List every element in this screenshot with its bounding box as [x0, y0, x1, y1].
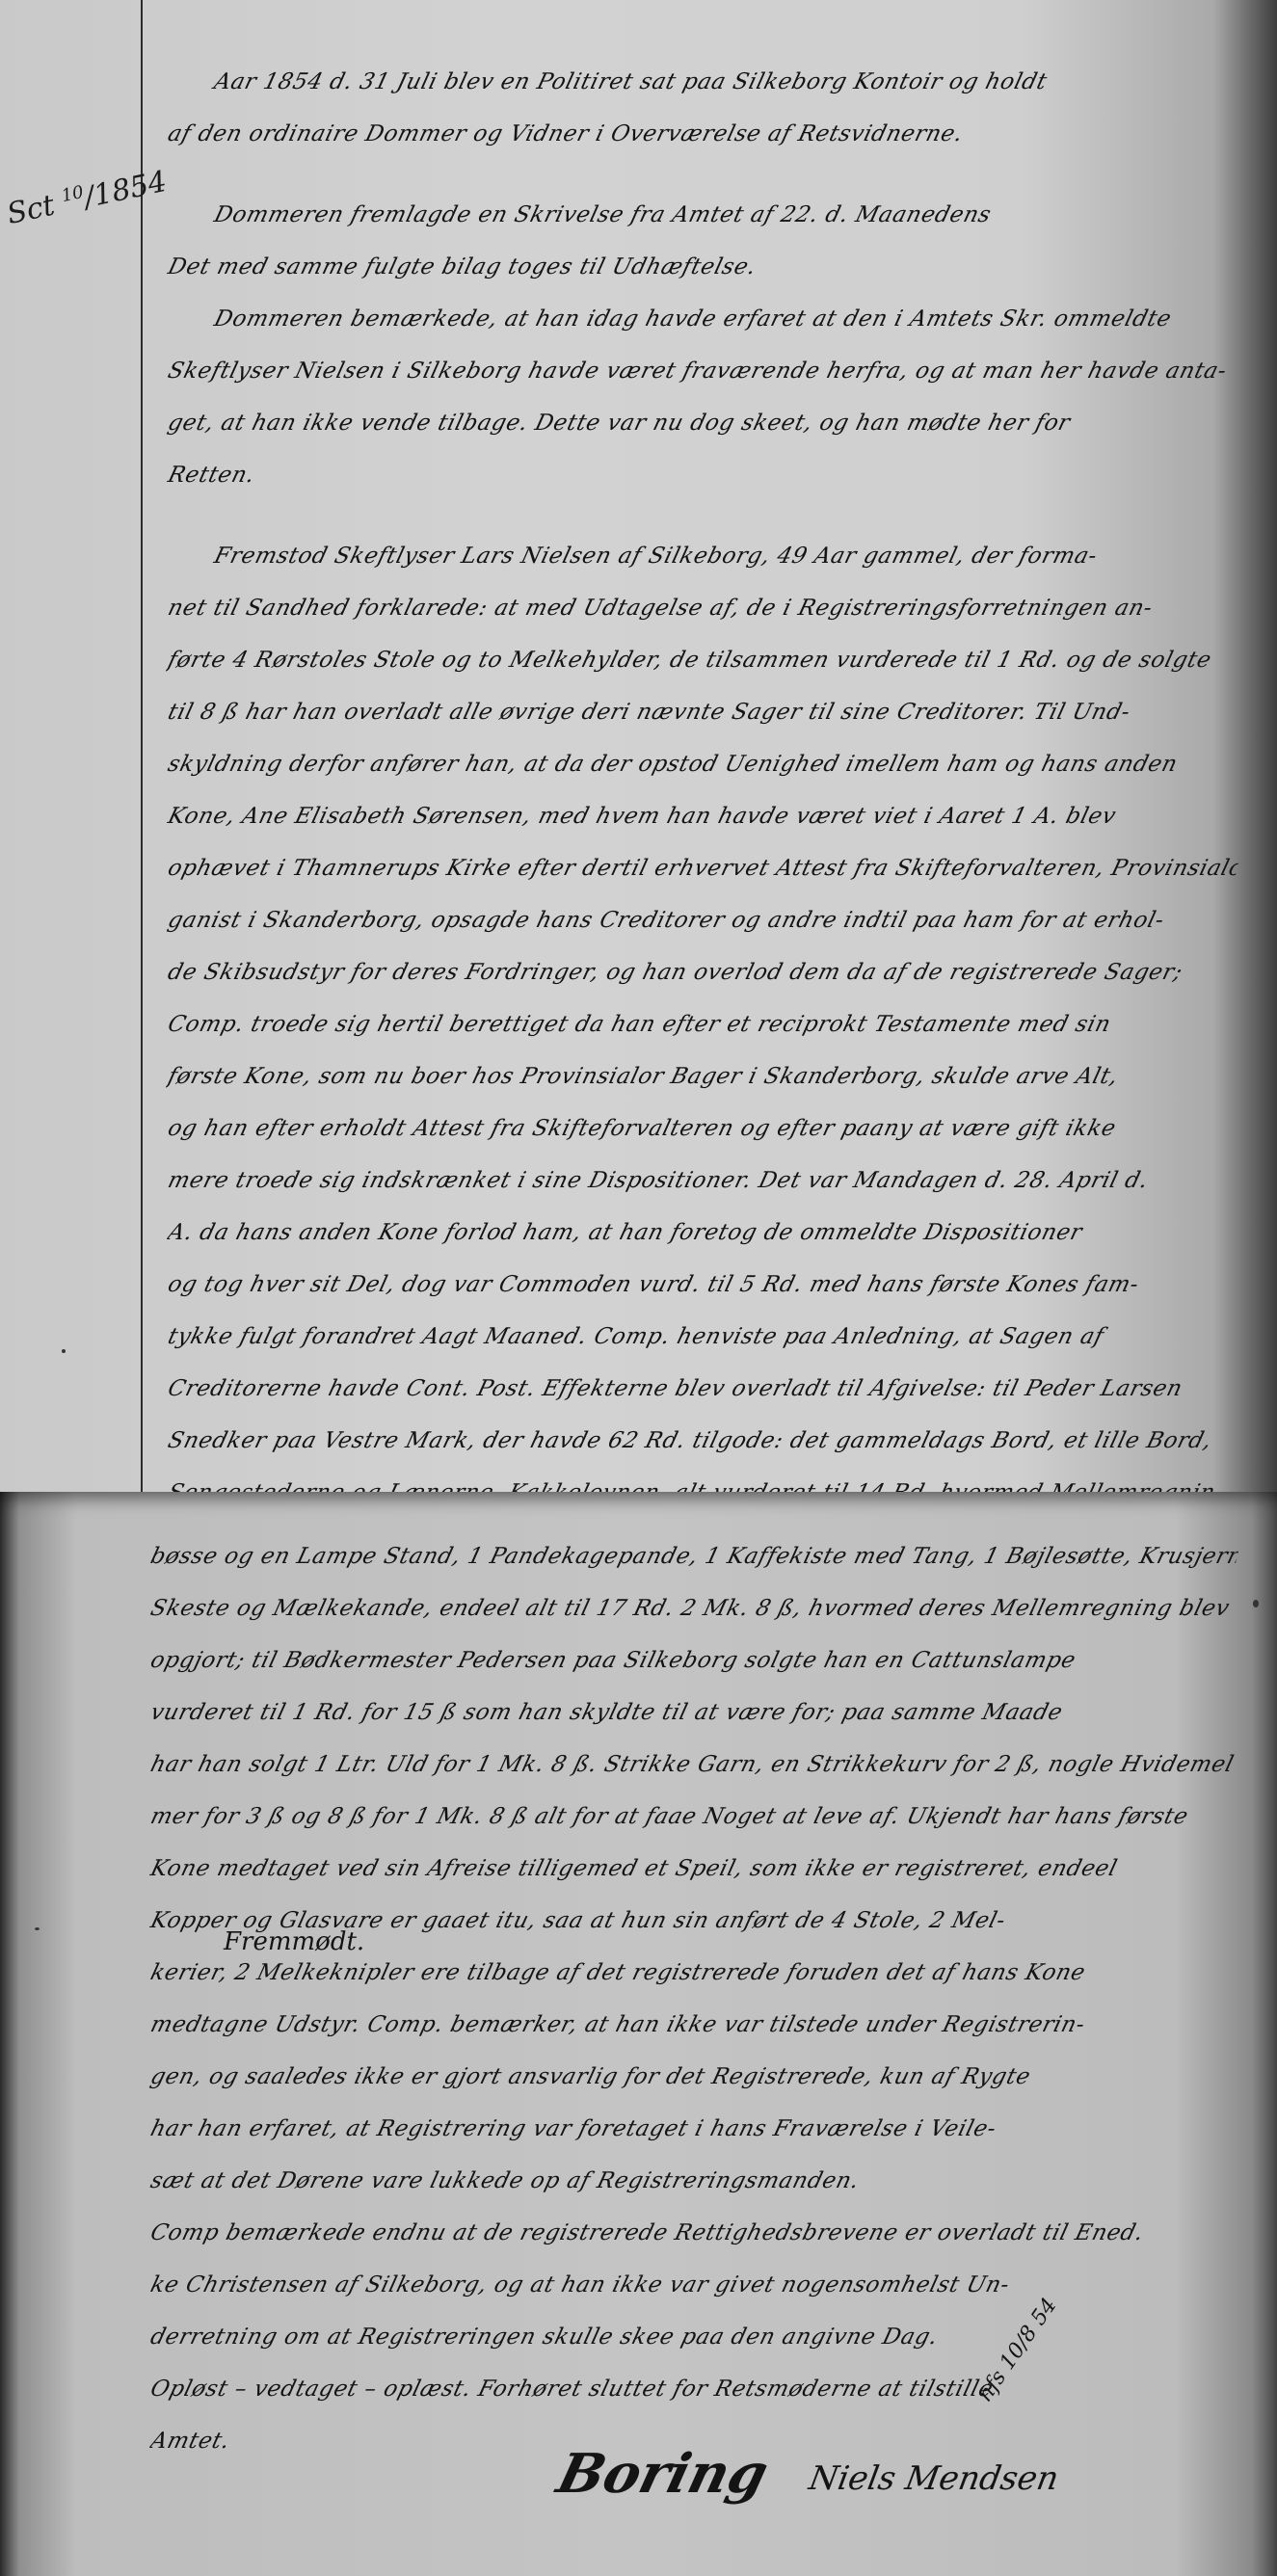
scan-speck	[62, 1349, 66, 1353]
text-line: derretning om at Registreringen skulle s…	[145, 2311, 1243, 2363]
text-line: Fremstod Skeftlyser Lars Nielsen af Silk…	[162, 530, 1243, 582]
text-line: opgjort; til Bødkermester Pedersen paa S…	[145, 1634, 1243, 1686]
text-line: Retten.	[162, 449, 1243, 501]
text-line: Aar 1854 d. 31 Juli blev en Politiret sa…	[162, 56, 1243, 108]
text-line: Snedker paa Vestre Mark, der havde 62 Rd…	[162, 1415, 1243, 1467]
text-line: til 8 ß har han overladt alle øvrige der…	[162, 686, 1243, 738]
signature-second: Niels Mendsen	[806, 2459, 1061, 2498]
record-page-bottom: bøsse og en Lampe Stand, 1 Pandekagepand…	[0, 1492, 1277, 2576]
margin-date-note: Sct 10/1854	[4, 165, 170, 231]
margin-note-prefix: Sct	[4, 189, 58, 232]
scan-speck	[35, 1927, 40, 1930]
text-line: medtagne Udstyr. Comp. bemærker, at han …	[145, 1999, 1243, 2051]
text-line: Kone, Ane Elisabeth Sørensen, med hvem h…	[162, 790, 1243, 842]
text-line: Sengestederne og Lænerne, Kakkelovnen, a…	[162, 1467, 1243, 1492]
text-line: Skeste og Mælkekande, endeel alt til 17 …	[145, 1582, 1243, 1634]
text-line: Det med samme fulgte bilag toges til Udh…	[162, 241, 1243, 293]
text-line: mere troede sig indskrænket i sine Dispo…	[162, 1155, 1243, 1207]
text-line: og tog hver sit Del, dog var Commoden vu…	[162, 1259, 1243, 1311]
top-text-block: Aar 1854 d. 31 Juli blev en Politiret sa…	[162, 56, 1231, 1492]
text-line: get, at han ikke vende tilbage. Dette va…	[162, 397, 1243, 449]
text-line: ophævet i Thamnerups Kirke efter dertil …	[162, 842, 1243, 894]
signature-judge: Boring	[551, 2442, 775, 2506]
margin-rule	[141, 0, 143, 1492]
text-line: gen, og saaledes ikke er gjort ansvarlig…	[145, 2051, 1243, 2103]
text-line: af den ordinaire Dommer og Vidner i Over…	[162, 108, 1243, 160]
text-line: sæt at det Dørene vare lukkede op af Reg…	[145, 2155, 1243, 2207]
text-line: Comp. troede sig hertil berettiget da ha…	[162, 998, 1243, 1050]
margin-note-day: 10	[60, 182, 86, 206]
text-line: Opløst – vedtaget – oplæst. Forhøret slu…	[145, 2363, 1243, 2415]
scan-speck	[1253, 1600, 1259, 1607]
text-line: de Skibsudstyr for deres Fordringer, og …	[162, 946, 1243, 998]
text-line: og han efter erholdt Attest fra Skiftefo…	[162, 1102, 1243, 1155]
text-line: A. da hans anden Kone forlod ham, at han…	[162, 1207, 1243, 1259]
text-line: Dommeren bemærkede, at han idag havde er…	[162, 293, 1243, 345]
text-line: mer for 3 ß og 8 ß for 1 Mk. 8 ß alt for…	[145, 1791, 1243, 1843]
bottom-text-block: bøsse og en Lampe Stand, 1 Pandekagepand…	[145, 1530, 1231, 2467]
record-page-top: Sct 10/1854 Aar 1854 d. 31 Juli blev en …	[0, 0, 1277, 1492]
text-line: vurderet til 1 Rd. for 15 ß som han skyl…	[145, 1686, 1243, 1739]
text-line: første Kone, som nu boer hos Provinsialo…	[162, 1050, 1243, 1102]
text-line: ke Christensen af Silkeborg, og at han i…	[145, 2259, 1243, 2311]
text-line: Comp bemærkede endnu at de registrerede …	[145, 2207, 1243, 2259]
closing-word: Fremmødt.	[224, 1927, 364, 1956]
text-line: ganist i Skanderborg, opsagde hans Credi…	[162, 894, 1243, 946]
text-line: Kone medtaget ved sin Afreise tilligemed…	[145, 1843, 1243, 1895]
text-line: Creditorerne havde Cont. Post. Effektern…	[162, 1363, 1243, 1415]
text-line: Skeftlyser Nielsen i Silkeborg havde vær…	[162, 345, 1243, 397]
text-line: skyldning derfor anfører han, at da der …	[162, 738, 1243, 790]
text-line: har han erfaret, at Registrering var for…	[145, 2103, 1243, 2155]
text-line: tykke fulgt forandret Aagt Maaned. Comp.…	[162, 1311, 1243, 1363]
text-line: net til Sandhed forklarede: at med Udtag…	[162, 582, 1243, 634]
text-line: har han solgt 1 Ltr. Uld for 1 Mk. 8 ß. …	[145, 1739, 1243, 1791]
margin-note-year: 1854	[91, 165, 170, 213]
text-line: Dommeren fremlagde en Skrivelse fra Amte…	[162, 189, 1243, 241]
text-line: bøsse og en Lampe Stand, 1 Pandekagepand…	[145, 1530, 1243, 1582]
text-line: førte 4 Rørstoles Stole og to Melkehylde…	[162, 634, 1243, 686]
